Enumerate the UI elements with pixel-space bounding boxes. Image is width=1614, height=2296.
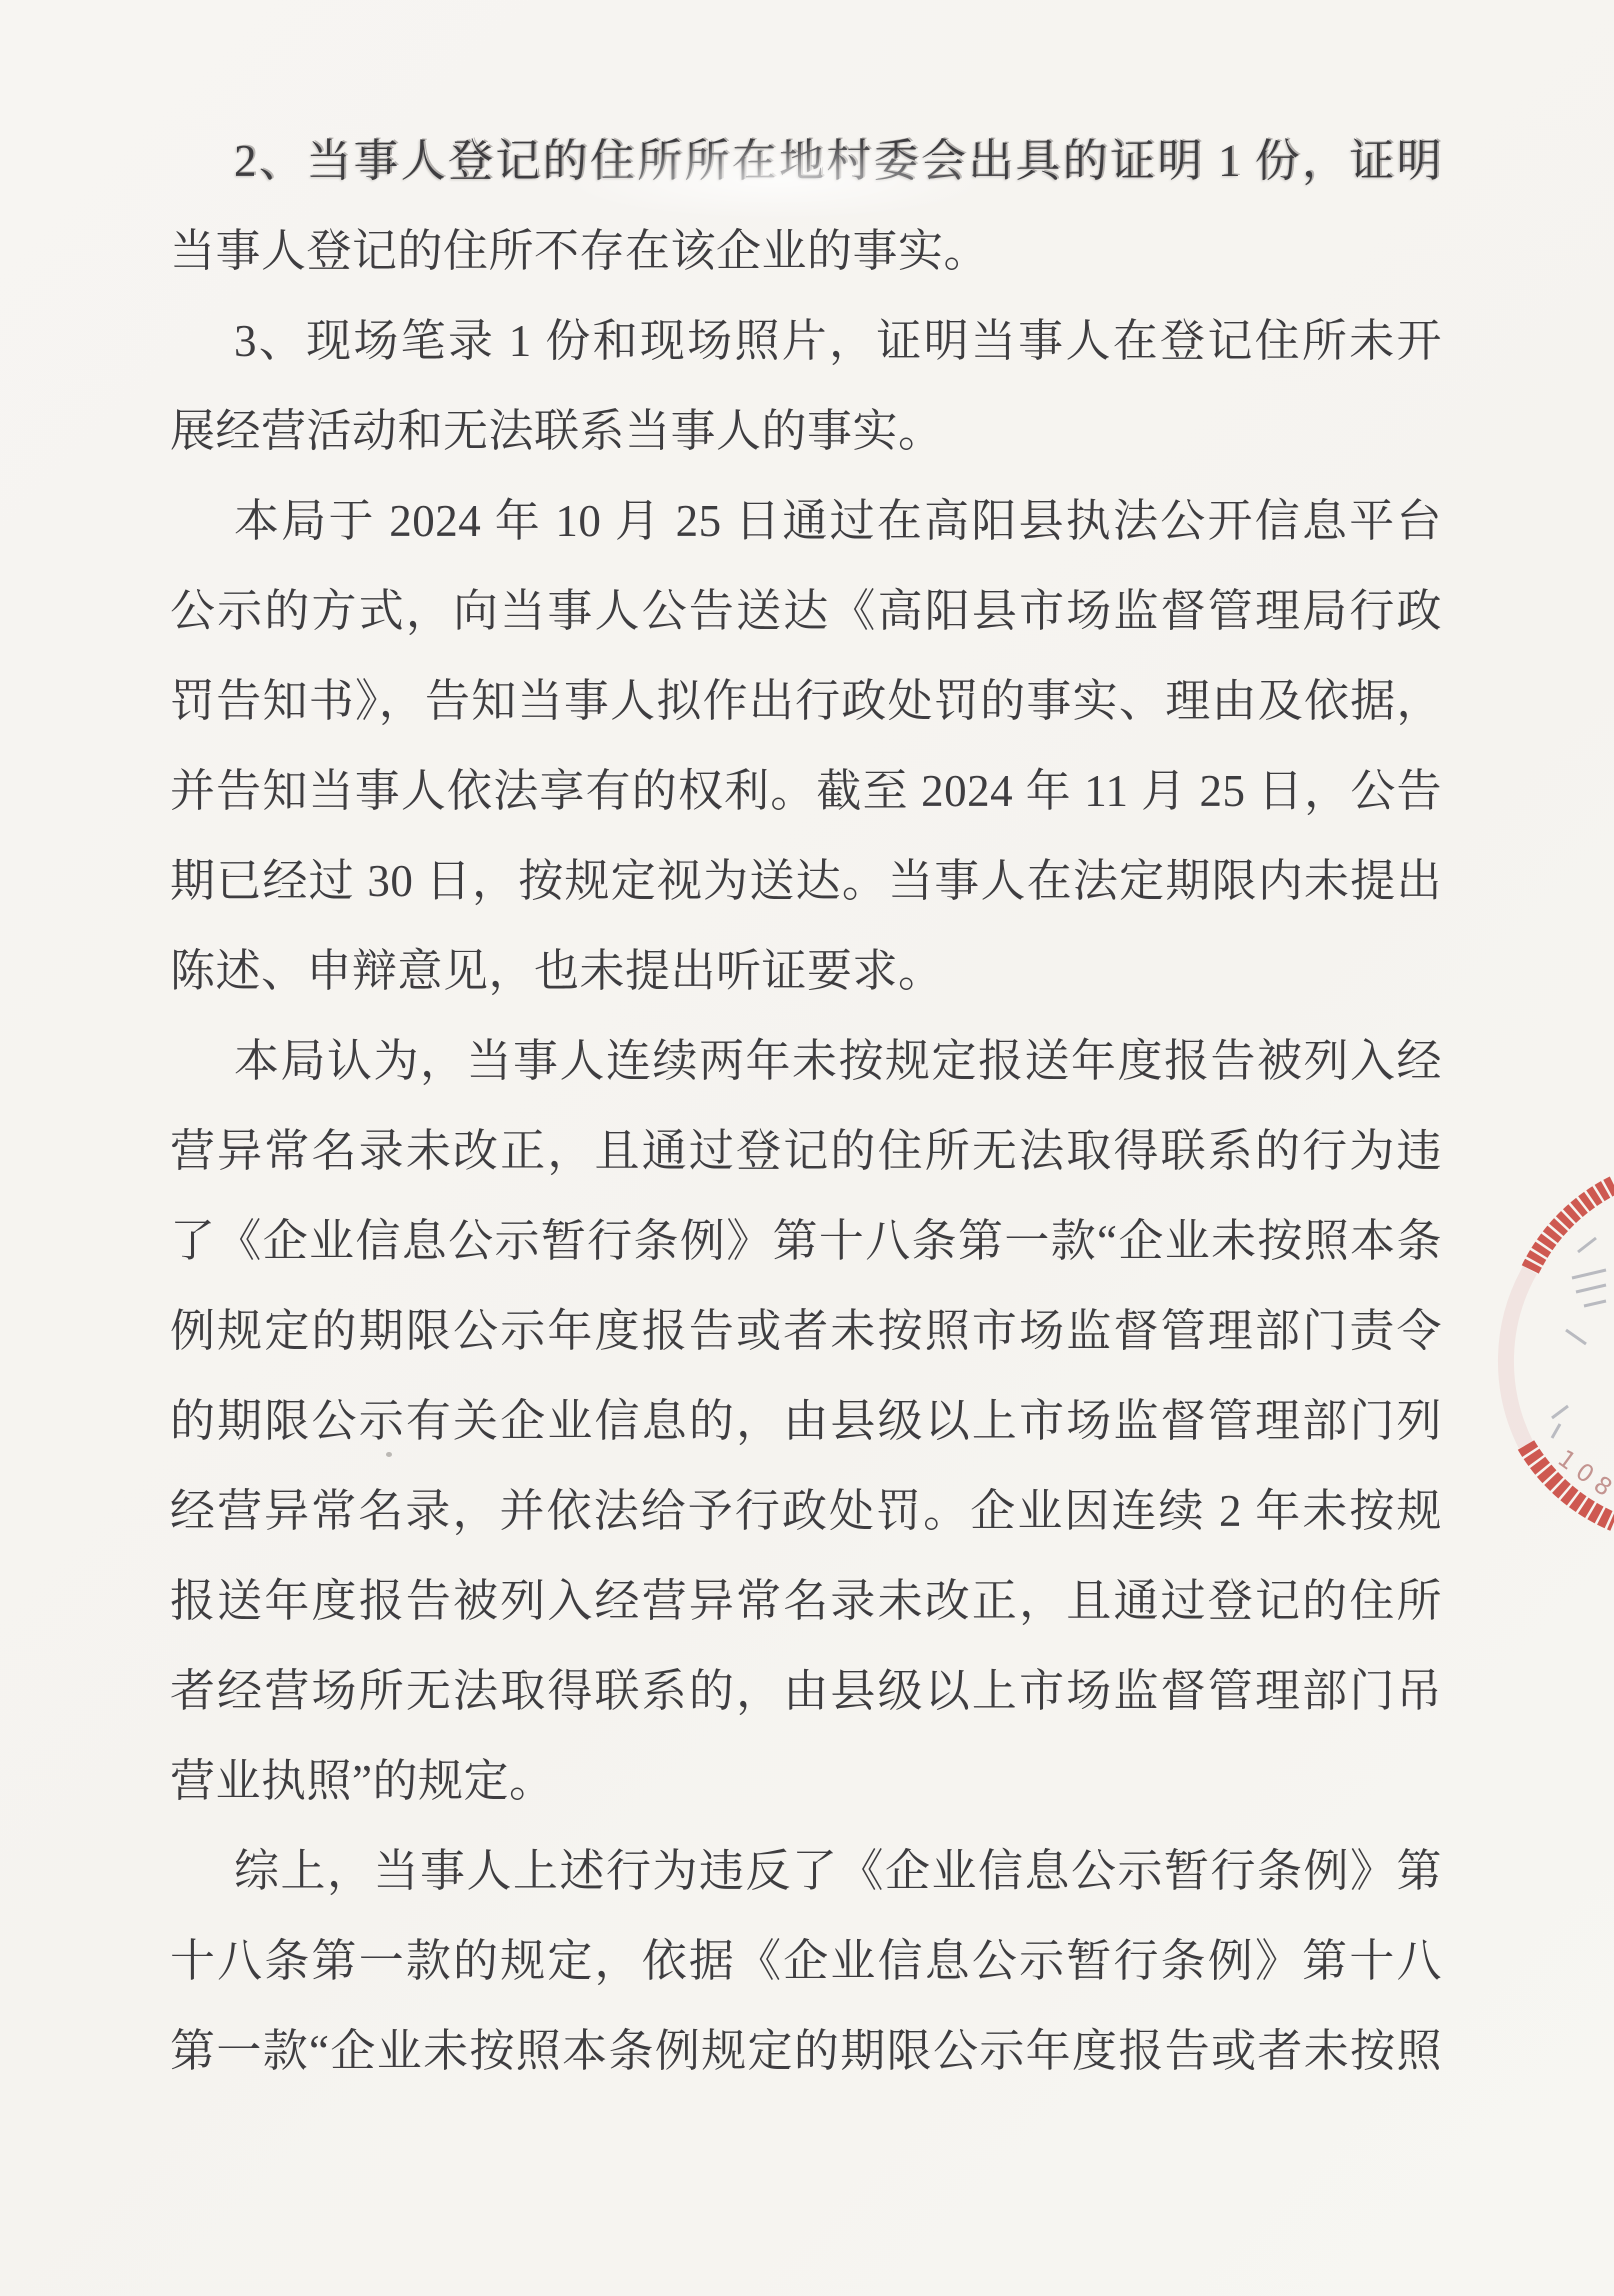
text-line: 展经营活动和无法联系当事人的事实。 — [170, 386, 1442, 476]
text-line: 本局认为，当事人连续两年未按规定报送年度报告被列入经 — [170, 1016, 1442, 1106]
scan-speck — [386, 1452, 392, 1457]
text-line: 并告知当事人依法享有的权利。截至 2024 年 11 月 25 日，公告 — [170, 746, 1442, 836]
text-line: 经营异常名录，并依法给予行政处罚。企业因连续 2 年未按规定 — [170, 1466, 1442, 1556]
text-line: 营异常名录未改正，且通过登记的住所无法取得联系的行为违反 — [170, 1106, 1442, 1196]
text-line: 的期限公示有关企业信息的，由县级以上市场监督管理部门列入 — [170, 1376, 1442, 1466]
paragraph: 3、现场笔录 1 份和现场照片，证明当事人在登记住所未开展经营活动和无法联系当事… — [170, 296, 1442, 476]
text-line: 十八条第一款的规定，依据《企业信息公示暂行条例》第十八条 — [170, 1916, 1442, 2006]
text-line: 营业执照”的规定。 — [170, 1736, 1442, 1826]
text-line: 3、现场笔录 1 份和现场照片，证明当事人在登记住所未开 — [170, 296, 1442, 386]
document-body: 2、当事人登记的住所所在地村委会出具的证明 1 份，证明当事人登记的住所不存在该… — [170, 116, 1442, 2096]
paragraph: 综上，当事人上述行为违反了《企业信息公示暂行条例》第十八条第一款的规定，依据《企… — [170, 1826, 1442, 2096]
paragraph: 本局认为，当事人连续两年未按规定报送年度报告被列入经营异常名录未改正，且通过登记… — [170, 1016, 1442, 1826]
paragraph: 2、当事人登记的住所所在地村委会出具的证明 1 份，证明当事人登记的住所不存在该… — [170, 116, 1442, 296]
text-line: 罚告知书》，告知当事人拟作出行政处罚的事实、理由及依据， — [170, 656, 1442, 746]
text-line: 例规定的期限公示年度报告或者未按照市场监督管理部门责令 — [170, 1286, 1442, 1376]
text-line: 第一款“企业未按照本条例规定的期限公示年度报告或者未按照 — [170, 2006, 1442, 2096]
document-page: 2、当事人登记的住所所在地村委会出具的证明 1 份，证明当事人登记的住所不存在该… — [0, 0, 1614, 2296]
text-line: 者经营场所无法取得联系的，由县级以上市场监督管理部门吊销 — [170, 1646, 1442, 1736]
seal-inner-marks — [1552, 1238, 1606, 1438]
seal-digits: 108 — [1552, 1444, 1614, 1506]
text-line: 公示的方式，向当事人公告送达《高阳县市场监督管理局行政处 — [170, 566, 1442, 656]
paragraph: 本局于 2024 年 10 月 25 日通过在高阳县执法公开信息平台公示的方式，… — [170, 476, 1442, 1016]
text-line: 当事人登记的住所不存在该企业的事实。 — [170, 206, 1442, 296]
seal-ring-arc-mid — [1506, 1270, 1530, 1445]
text-line: 了《企业信息公示暂行条例》第十八条第一款“企业未按照本条 — [170, 1196, 1442, 1286]
seal-ring-arc-bottom — [1526, 1445, 1614, 1522]
text-line: 期已经过 30 日，按规定视为送达。当事人在法定期限内未提出 — [170, 836, 1442, 926]
seal-ring-arc-top — [1530, 1185, 1614, 1270]
text-line: 2、当事人登记的住所所在地村委会出具的证明 1 份，证明 — [170, 116, 1442, 206]
text-line: 陈述、申辩意见，也未提出听证要求。 — [170, 926, 1442, 1016]
text-line: 综上，当事人上述行为违反了《企业信息公示暂行条例》第 — [170, 1826, 1442, 1916]
text-line: 报送年度报告被列入经营异常名录未改正，且通过登记的住所或 — [170, 1556, 1442, 1646]
text-line: 本局于 2024 年 10 月 25 日通过在高阳县执法公开信息平台 — [170, 476, 1442, 566]
